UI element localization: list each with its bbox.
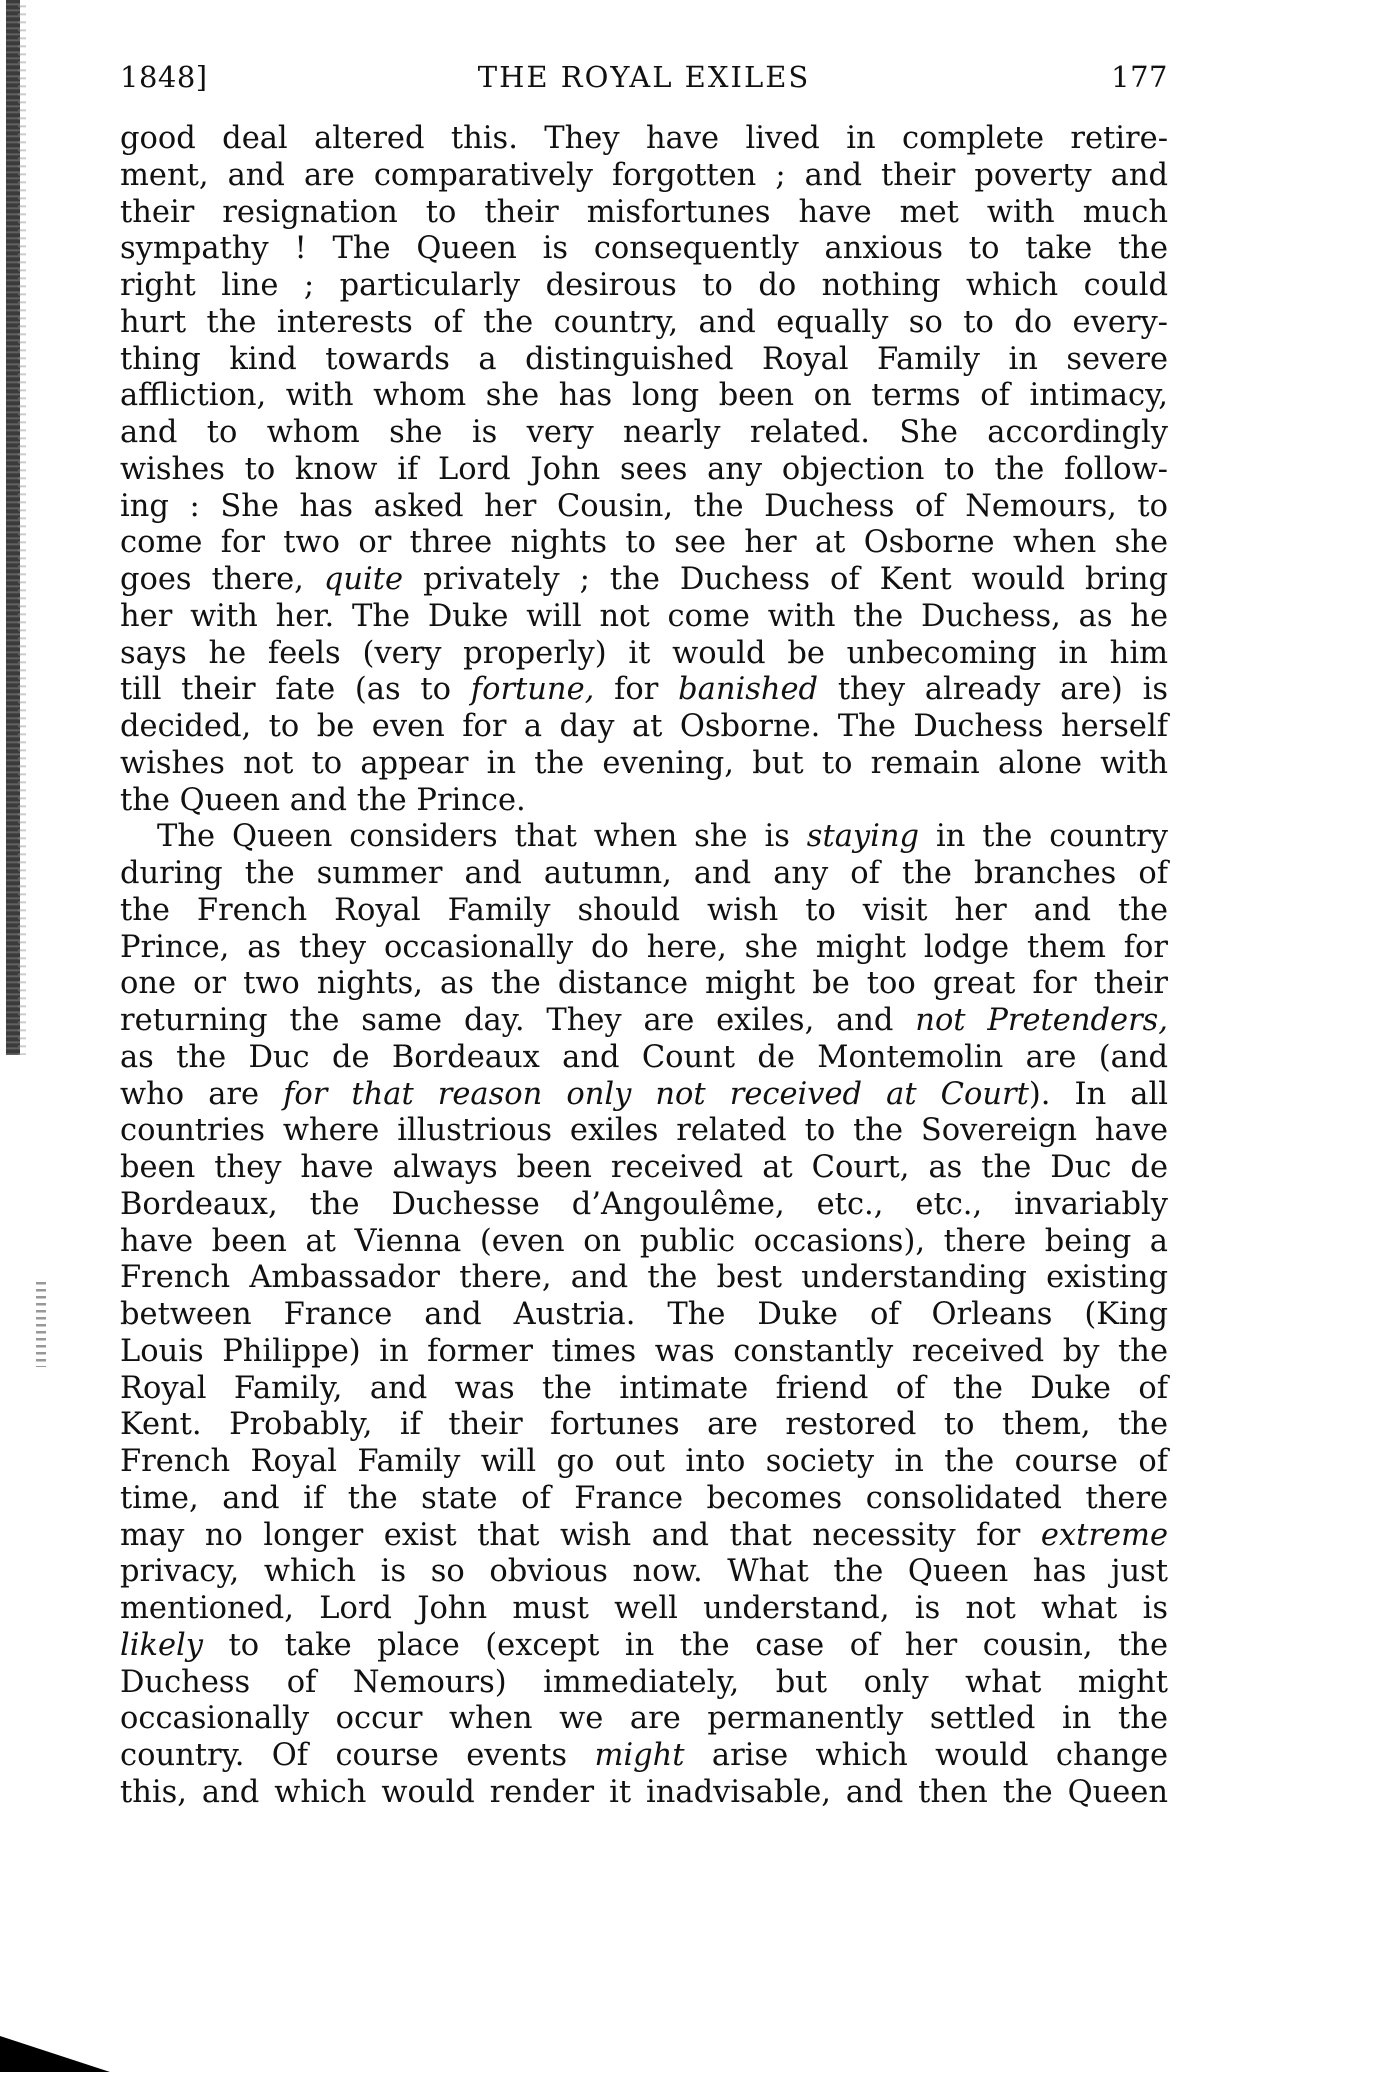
text-run: Bordeaux, the Duchesse d’Angoulême, etc.… xyxy=(120,1187,1168,1222)
running-head-title: THE ROYAL EXILES xyxy=(120,60,1168,94)
text-run: privacy, which is so obvious now. What t… xyxy=(120,1554,1168,1589)
text-run: country. Of course events xyxy=(120,1738,594,1773)
text-run: French Royal Family will go out into soc… xyxy=(120,1444,1168,1479)
italic-text: banished xyxy=(678,672,818,707)
text-line: says he feels (very properly) it would b… xyxy=(120,636,1168,673)
text-line: as the Duc de Bordeaux and Count de Mont… xyxy=(120,1040,1168,1077)
text-line: and to whom she is very nearly related. … xyxy=(120,415,1168,452)
text-run: mentioned, Lord John must well understan… xyxy=(120,1591,1168,1626)
text-line: decided, to be even for a day at Osborne… xyxy=(120,709,1168,746)
text-line: wishes not to appear in the evening, but… xyxy=(120,746,1168,783)
text-run: countries where illustrious exiles relat… xyxy=(120,1113,1168,1148)
text-run: for xyxy=(594,672,678,707)
text-line: the Queen and the Prince. xyxy=(120,783,1168,820)
text-line: may no longer exist that wish and that n… xyxy=(120,1518,1168,1555)
text-line: likely to take place (except in the case… xyxy=(120,1628,1168,1665)
text-run: goes there, xyxy=(120,562,324,597)
text-line: sympathy ! The Queen is consequently anx… xyxy=(120,231,1168,268)
text-run: occasionally occur when we are permanent… xyxy=(120,1701,1168,1736)
text-run: privately ; the Duchess of Kent would br… xyxy=(403,562,1168,597)
text-line: good deal altered this. They have lived … xyxy=(120,121,1168,158)
text-line: returning the same day. They are exiles,… xyxy=(120,1003,1168,1040)
text-run: the Queen and the Prince. xyxy=(120,783,526,818)
text-line: mentioned, Lord John must well understan… xyxy=(120,1591,1168,1628)
text-line: this, and which would render it inadvisa… xyxy=(120,1775,1168,1812)
text-line: ing : She has asked her Cousin, the Duch… xyxy=(120,489,1168,526)
text-line: right line ; particularly desirous to do… xyxy=(120,268,1168,305)
text-line: goes there, quite privately ; the Duches… xyxy=(120,562,1168,599)
text-run: this, and which would render it inadvisa… xyxy=(120,1775,1168,1810)
text-run: their resignation to their misfortunes h… xyxy=(120,195,1168,230)
text-run: ment, and are comparatively forgotten ; … xyxy=(120,158,1168,193)
text-run: come for two or three nights to see her … xyxy=(120,525,1168,560)
text-line: occasionally occur when we are permanent… xyxy=(120,1701,1168,1738)
text-line: affliction, with whom she has long been … xyxy=(120,378,1168,415)
text-run: the French Royal Family should wish to v… xyxy=(120,893,1168,928)
text-line: Bordeaux, the Duchesse d’Angoulême, etc.… xyxy=(120,1187,1168,1224)
text-line: countries where illustrious exiles relat… xyxy=(120,1113,1168,1150)
text-run: Louis Philippe) in former times was cons… xyxy=(120,1334,1168,1369)
text-line: time, and if the state of France becomes… xyxy=(120,1481,1168,1518)
text-run: affliction, with whom she has long been … xyxy=(120,378,1168,413)
text-run: her with her. The Duke will not come wit… xyxy=(120,599,1168,634)
text-line: Royal Family, and was the intimate frien… xyxy=(120,1371,1168,1408)
italic-text: likely xyxy=(120,1628,203,1663)
scan-corner-shadow xyxy=(0,2036,110,2072)
text-run: between France and Austria. The Duke of … xyxy=(120,1297,1168,1332)
text-run: right line ; particularly desirous to do… xyxy=(120,268,1168,303)
text-run: have been at Vienna (even on public occa… xyxy=(120,1224,1168,1259)
text-line: one or two nights, as the distance might… xyxy=(120,966,1168,1003)
text-line: thing kind towards a distinguished Royal… xyxy=(120,342,1168,379)
text-line: hurt the interests of the country, and e… xyxy=(120,305,1168,342)
text-line: have been at Vienna (even on public occa… xyxy=(120,1224,1168,1261)
text-run: they already are) is xyxy=(818,672,1168,707)
body-text: good deal altered this. They have lived … xyxy=(120,121,1168,1812)
text-run: Royal Family, and was the intimate frien… xyxy=(120,1371,1168,1406)
scan-binding-edge xyxy=(6,0,20,1055)
text-line: who are for that reason only not receive… xyxy=(120,1077,1168,1114)
text-run: French Ambassador there, and the best un… xyxy=(120,1260,1168,1295)
text-run: ). In all xyxy=(1029,1077,1168,1112)
text-line: Kent. Probably, if their fortunes are re… xyxy=(120,1407,1168,1444)
text-run: been they have always been received at C… xyxy=(120,1150,1168,1185)
text-run: in the country xyxy=(919,819,1168,854)
italic-text: fortune, xyxy=(471,672,595,707)
paragraph: good deal altered this. They have lived … xyxy=(120,121,1168,819)
italic-text: quite xyxy=(324,562,403,597)
text-run: arise which would change xyxy=(685,1738,1168,1773)
text-run: wishes to know if Lord John sees any obj… xyxy=(120,452,1168,487)
text-line: Louis Philippe) in former times was cons… xyxy=(120,1334,1168,1371)
text-run: wishes not to appear in the evening, but… xyxy=(120,746,1168,781)
text-line: country. Of course events might arise wh… xyxy=(120,1738,1168,1775)
text-run: hurt the interests of the country, and e… xyxy=(120,305,1168,340)
text-run: The Queen considers that when she is xyxy=(157,819,807,854)
text-run: good deal altered this. They have lived … xyxy=(120,121,1168,156)
paragraph: The Queen considers that when she is sta… xyxy=(120,819,1168,1811)
text-run: to take place (except in the case of her… xyxy=(203,1628,1168,1663)
text-run: decided, to be even for a day at Osborne… xyxy=(120,709,1168,744)
text-run: says he feels (very properly) it would b… xyxy=(120,636,1168,671)
text-run: during the summer and autumn, and any of… xyxy=(120,856,1168,891)
page-number: 177 xyxy=(1111,60,1168,94)
italic-text: for that reason only not received at Cou… xyxy=(283,1077,1029,1112)
text-line: her with her. The Duke will not come wit… xyxy=(120,599,1168,636)
text-line: till their fate (as to fortune, for bani… xyxy=(120,672,1168,709)
text-run: Duchess of Nemours) immediately, but onl… xyxy=(120,1665,1168,1700)
text-run: may no longer exist that wish and that n… xyxy=(120,1518,1041,1553)
italic-text: not Pretenders, xyxy=(915,1003,1168,1038)
italic-text: staying xyxy=(807,819,919,854)
italic-text: might xyxy=(594,1738,684,1773)
text-run: Prince, as they occasionally do here, sh… xyxy=(120,930,1168,965)
text-run: returning the same day. They are exiles,… xyxy=(120,1003,915,1038)
text-line: wishes to know if Lord John sees any obj… xyxy=(120,452,1168,489)
text-line: Duchess of Nemours) immediately, but onl… xyxy=(120,1665,1168,1702)
text-run: one or two nights, as the distance might… xyxy=(120,966,1168,1001)
text-run: who are xyxy=(120,1077,283,1112)
text-line: ment, and are comparatively forgotten ; … xyxy=(120,158,1168,195)
text-run: till their fate (as to xyxy=(120,672,471,707)
text-line: privacy, which is so obvious now. What t… xyxy=(120,1554,1168,1591)
running-head: 1848] THE ROYAL EXILES 177 xyxy=(120,60,1168,100)
italic-text: extreme xyxy=(1041,1518,1168,1553)
text-line: their resignation to their misfortunes h… xyxy=(120,195,1168,232)
text-line: The Queen considers that when she is sta… xyxy=(120,819,1168,856)
text-line: been they have always been received at C… xyxy=(120,1150,1168,1187)
text-run: Kent. Probably, if their fortunes are re… xyxy=(120,1407,1168,1442)
text-run: time, and if the state of France becomes… xyxy=(120,1481,1168,1516)
text-run: thing kind towards a distinguished Royal… xyxy=(120,342,1168,377)
text-line: between France and Austria. The Duke of … xyxy=(120,1297,1168,1334)
text-run: and to whom she is very nearly related. … xyxy=(120,415,1168,450)
text-line: French Royal Family will go out into soc… xyxy=(120,1444,1168,1481)
text-line: the French Royal Family should wish to v… xyxy=(120,893,1168,930)
text-line: during the summer and autumn, and any of… xyxy=(120,856,1168,893)
text-line: come for two or three nights to see her … xyxy=(120,525,1168,562)
scan-speckle xyxy=(36,1282,46,1367)
text-run: as the Duc de Bordeaux and Count de Mont… xyxy=(120,1040,1168,1075)
text-run: ing : She has asked her Cousin, the Duch… xyxy=(120,489,1168,524)
text-line: Prince, as they occasionally do here, sh… xyxy=(120,930,1168,967)
text-run: sympathy ! The Queen is consequently anx… xyxy=(120,231,1168,266)
text-line: French Ambassador there, and the best un… xyxy=(120,1260,1168,1297)
